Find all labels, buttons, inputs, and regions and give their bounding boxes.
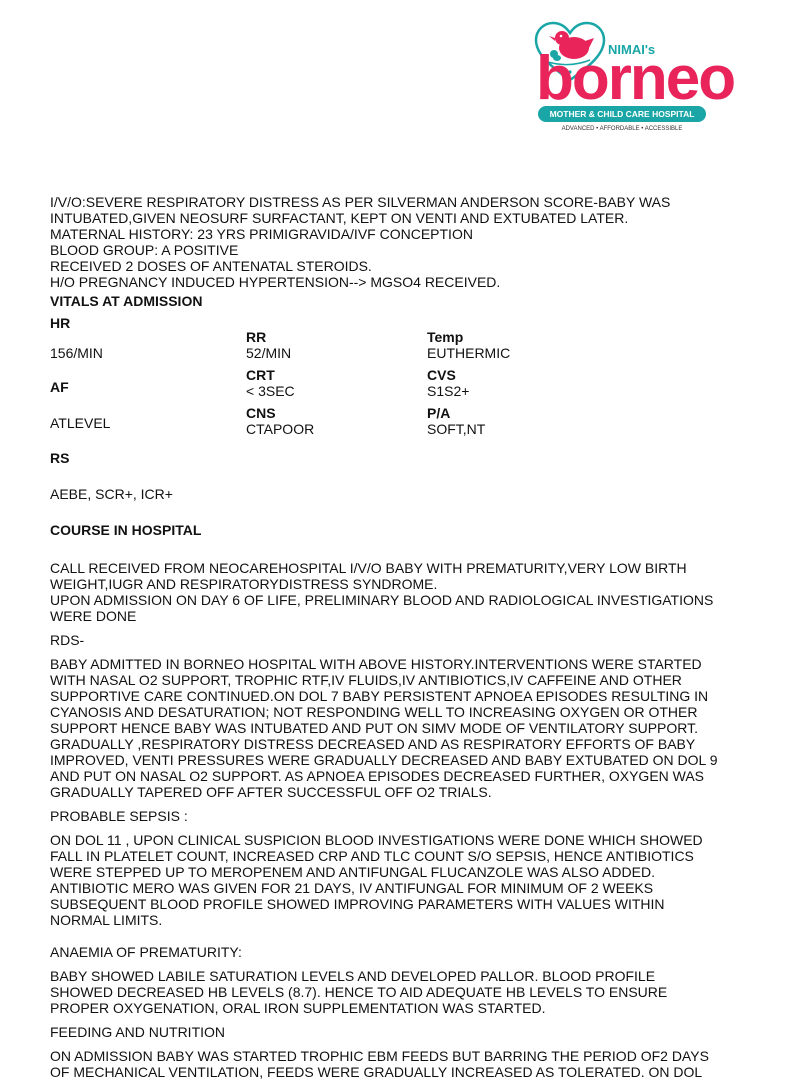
anaemia-body: BABY SHOWED LABILE SATURATION LEVELS AND… [50,968,750,1016]
logo-subtitle: MOTHER & CHILD CARE HOSPITAL [538,106,706,122]
history-line: RECEIVED 2 DOSES OF ANTENATAL STEROIDS. [50,258,750,274]
logo-tagline: ADVANCED • AFFORDABLE • ACCESSIBLE [538,126,706,132]
rds-line: CYANOSIS AND DESATURATION; NOT RESPONDIN… [50,704,750,720]
sepsis-line: ON DOL 11 , UPON CLINICAL SUSPICION BLOO… [50,832,750,848]
feeding-line: ON ADMISSION BABY WAS STARTED TROPHIC EB… [50,1048,750,1064]
history-line: H/O PREGNANCY INDUCED HYPERTENSION--> MG… [50,274,750,290]
sepsis-line: SUBSEQUENT BLOOD PROFILE SHOWED IMPROVIN… [50,896,750,912]
vital-cvs-label: CVS [427,367,456,383]
vital-cvs-value: S1S2+ [427,383,469,399]
discharge-summary-body: I/V/O:SEVERE RESPIRATORY DISTRESS AS PER… [50,194,750,1080]
vital-af-label: AF [50,379,69,395]
rds-line: WITH NASAL O2 SUPPORT, TROPHIC RTF,IV FL… [50,672,750,688]
vital-crt-value: < 3SEC [246,383,295,399]
sepsis-line: NORMAL LIMITS. [50,912,750,928]
vital-hr-value: 156/MIN [50,345,103,361]
feeding-label: FEEDING AND NUTRITION [50,1024,750,1040]
rds-line: BABY ADMITTED IN BORNEO HOSPITAL WITH AB… [50,656,750,672]
sepsis-line: FALL IN PLATELET COUNT, INCREASED CRP AN… [50,848,750,864]
anaemia-label: ANAEMIA OF PREMATURITY: [50,944,750,960]
course-intro-line: WERE DONE [50,608,750,624]
vital-cns-value: CTAPOOR [246,421,314,437]
anaemia-line: PROPER OXYGENATION, ORAL IRON SUPPLEMENT… [50,1000,750,1016]
feeding-body: ON ADMISSION BABY WAS STARTED TROPHIC EB… [50,1048,750,1080]
sepsis-body: ON DOL 11 , UPON CLINICAL SUSPICION BLOO… [50,832,750,928]
history-line: BLOOD GROUP: A POSITIVE [50,242,750,258]
feeding-line: OF MECHANICAL VENTILATION, FEEDS WERE GR… [50,1064,750,1080]
rds-line: GRADUALLY ,RESPIRATORY DISTRESS DECREASE… [50,736,750,752]
vital-rs-value: AEBE, SCR+, ICR+ [50,486,750,502]
rds-label: RDS- [50,632,750,648]
vital-pa-label: P/A [427,405,450,421]
sepsis-line: WERE STEPPED UP TO MEROPENEM AND ANTIFUN… [50,864,750,880]
registered-mark: ® [706,66,713,76]
vitals-grid: HR 156/MIN AF ATLEVEL RR 52/MIN CRT < 3S… [50,315,750,440]
anaemia-line: BABY SHOWED LABILE SATURATION LEVELS AND… [50,968,750,984]
course-intro-line: CALL RECEIVED FROM NEOCAREHOSPITAL I/V/O… [50,560,750,576]
vital-pa-value: SOFT,NT [427,421,485,437]
course-title: COURSE IN HOSPITAL [50,522,750,538]
course-intro-line: UPON ADMISSION ON DAY 6 OF LIFE, PRELIMI… [50,592,750,608]
anaemia-line: SHOWED DECREASED HB LEVELS (8.7). HENCE … [50,984,750,1000]
rds-line: GRADUALLY TAPERED OFF AFTER SUCCESSFUL O… [50,784,750,800]
history-line: MATERNAL HISTORY: 23 YRS PRIMIGRAVIDA/IV… [50,226,750,242]
hospital-logo: NIMAI's borneo ® MOTHER & CHILD CARE HOS… [530,18,720,140]
sepsis-line: ANTIBIOTIC MERO WAS GIVEN FOR 21 DAYS, I… [50,880,750,896]
vital-hr-label: HR [50,315,70,331]
logo-brand-name: borneo [536,48,734,110]
rds-line: AND PUT ON NASAL O2 SUPPORT. AS APNOEA E… [50,768,750,784]
rds-body: BABY ADMITTED IN BORNEO HOSPITAL WITH AB… [50,656,750,800]
vital-temp-value: EUTHERMIC [427,345,510,361]
vital-rs-label: RS [50,450,750,466]
rds-line: SUPPORTIVE CARE CONTINUED.ON DOL 7 BABY … [50,688,750,704]
vital-rr-label: RR [246,329,266,345]
rds-line: IMPROVED, VENTI PRESSURES WERE GRADUALLY… [50,752,750,768]
vital-cns-label: CNS [246,405,276,421]
rds-line: SUPPORT HENCE BABY WAS INTUBATED AND PUT… [50,720,750,736]
history-section: I/V/O:SEVERE RESPIRATORY DISTRESS AS PER… [50,194,750,290]
vital-crt-label: CRT [246,367,275,383]
vitals-title: VITALS AT ADMISSION [50,293,750,309]
vital-temp-label: Temp [427,329,463,345]
history-line: INTUBATED,GIVEN NEOSURF SURFACTANT, KEPT… [50,210,750,226]
sepsis-label: PROBABLE SEPSIS : [50,808,750,824]
course-intro: CALL RECEIVED FROM NEOCAREHOSPITAL I/V/O… [50,560,750,624]
history-line: I/V/O:SEVERE RESPIRATORY DISTRESS AS PER… [50,194,750,210]
vital-af-value: ATLEVEL [50,415,110,431]
vital-rr-value: 52/MIN [246,345,291,361]
course-intro-line: WEIGHT,IUGR AND RESPIRATORYDISTRESS SYND… [50,576,750,592]
